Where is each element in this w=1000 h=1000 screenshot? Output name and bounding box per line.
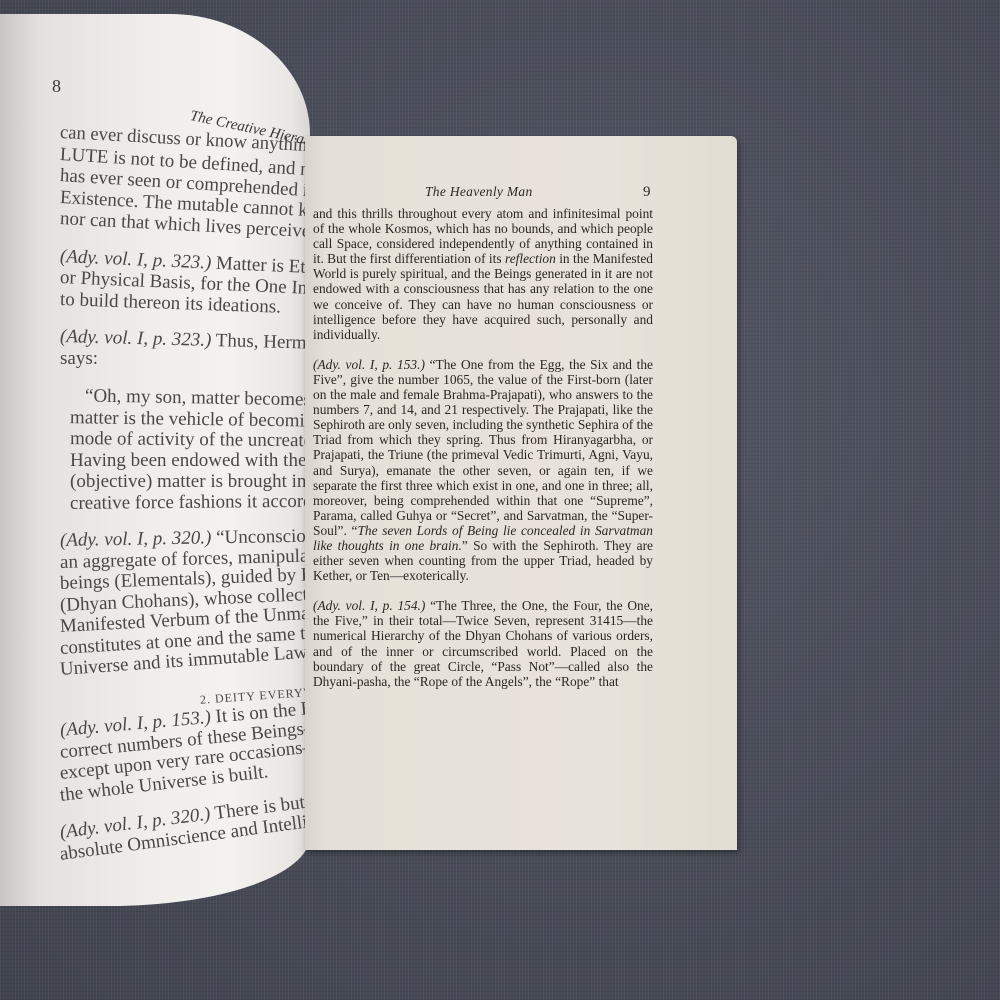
right-page: The Heavenly Man 9 and this thrills thro…: [305, 136, 737, 850]
quote-line: mode of activity of the uncreate an: [60, 428, 310, 452]
right-running-head-row: The Heavenly Man 9: [305, 184, 737, 202]
paragraph: (Ady. vol. I, p. 153.) “The One from the…: [313, 357, 653, 583]
quote-line: Having been endowed with the ge: [60, 450, 310, 472]
italic-word: reflection: [505, 251, 556, 266]
paragraph: (Ady. vol. I, p. 154.) “The Three, the O…: [313, 598, 653, 689]
right-page-number: 9: [643, 184, 651, 201]
left-page-number: 8: [52, 76, 61, 97]
citation: (Ady. vol. I, p. 154.): [313, 598, 425, 613]
citation: (Ady. vol. I, p. 320.): [60, 527, 212, 551]
right-running-head: The Heavenly Man: [425, 184, 533, 200]
citation: (Ady. vol. I, p. 323.): [60, 326, 212, 351]
citation: (Ady. vol. I, p. 153.): [313, 357, 425, 372]
paragraph: and this thrills throughout every atom a…: [313, 206, 653, 342]
right-page-body: and this thrills throughout every atom a…: [313, 206, 653, 704]
quote-line: creative force fashions it according: [60, 490, 310, 514]
left-page-body: can ever discuss or know anything ab LUT…: [60, 122, 310, 865]
quote-line: (objective) matter is brought in: [60, 471, 310, 493]
left-page: 8 The Creative Hierarchies can ever disc…: [0, 14, 310, 906]
